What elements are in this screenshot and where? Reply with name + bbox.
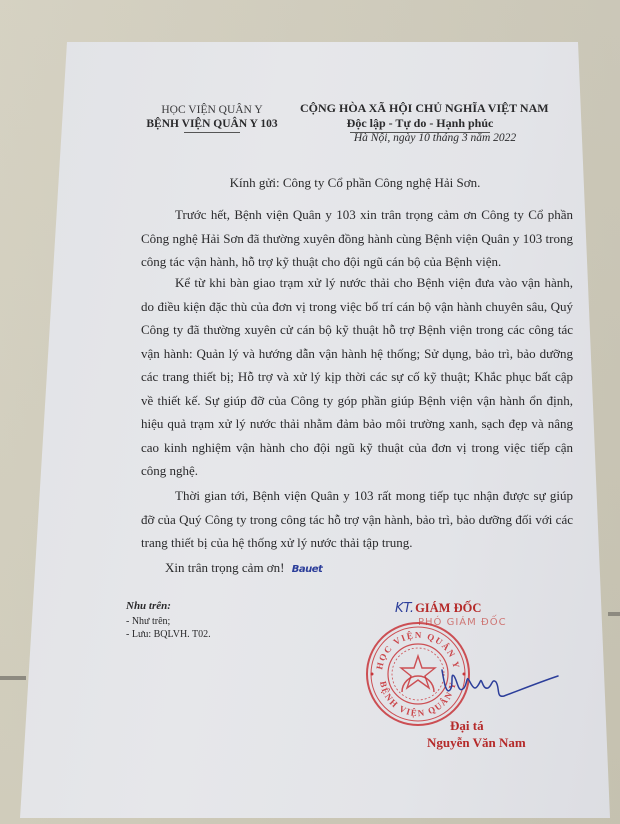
signer-rank: Đại tá [450, 718, 484, 734]
distribution-item: - Lưu: BQLVH. T02. [126, 628, 211, 642]
letter-content: HỌC VIỆN QUÂN Y BỆNH VIỆN QUÂN Y 103 CỘN… [0, 0, 620, 824]
distribution-item: - Như trên; [126, 615, 211, 629]
handwritten-initial: Bauet [292, 564, 323, 575]
issuer-header: HỌC VIỆN QUÂN Y BỆNH VIỆN QUÂN Y 103 [132, 103, 292, 133]
body-paragraph: Trước hết, Bệnh viện Quân y 103 xin trân… [141, 203, 573, 274]
role-title: GIÁM ĐỐC [415, 601, 481, 615]
signer-name: Nguyễn Văn Nam [427, 735, 526, 751]
body-paragraph: Kể từ khi bàn giao trạm xử lý nước thải … [141, 271, 573, 483]
distribution-title: Nhu trên: [126, 600, 211, 614]
issuing-unit: BỆNH VIỆN QUÂN Y 103 [132, 117, 292, 131]
handwritten-signature-icon [440, 660, 560, 710]
parent-organization: HỌC VIỆN QUÂN Y [132, 103, 292, 117]
national-motto: Độc lập - Tự do - Hạnh phúc [300, 116, 540, 131]
distribution-list: Nhu trên: - Như trên; - Lưu: BQLVH. T02. [126, 600, 211, 642]
header-underline [184, 132, 240, 133]
closing-line: Xin trân trọng cảm ơn! Bauet [165, 560, 322, 576]
recipient-line: Kính gửi: Công ty Cổ phần Công nghệ Hải … [130, 175, 580, 191]
closing-text: Xin trân trọng cảm ơn! [165, 560, 285, 575]
place-date: Hà Nội, ngày 10 tháng 3 năm 2022 [330, 132, 540, 144]
nation-title: CỘNG HÒA XÃ HỘI CHỦ NGHĨA VIỆT NAM [300, 101, 540, 116]
national-header: CỘNG HÒA XÃ HỘI CHỦ NGHĨA VIỆT NAM Độc l… [300, 101, 540, 133]
body-paragraph: Thời gian tới, Bệnh viện Quân y 103 rất … [141, 484, 573, 555]
delegation-mark: KT. [395, 601, 414, 616]
signer-role: KT.GIÁM ĐỐC [395, 601, 481, 616]
